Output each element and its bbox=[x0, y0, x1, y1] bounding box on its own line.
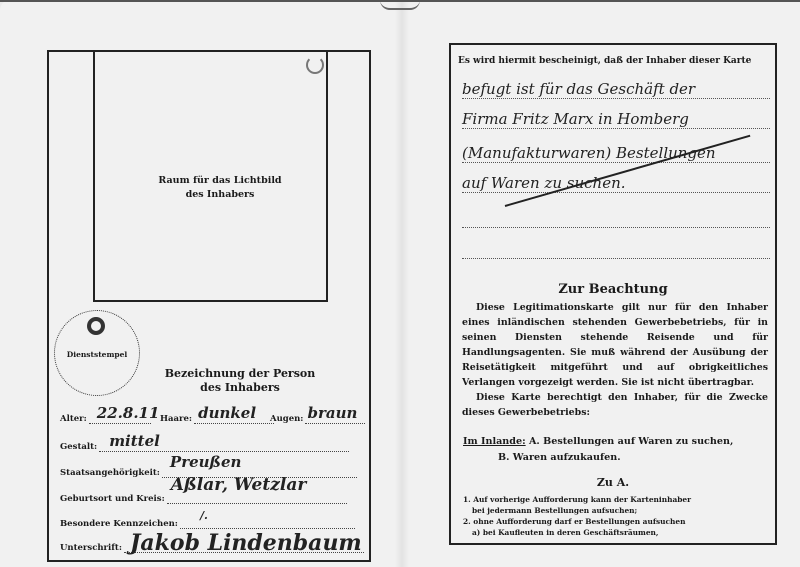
section-title-line-1: Bezeichnung der Person bbox=[135, 367, 345, 381]
unterschrift-line: Jakob Lindenbaum bbox=[124, 542, 364, 553]
notice-paragraph-2: Diese Karte berechtigt den Inhaber, für … bbox=[462, 390, 768, 420]
field-kennzeichen: Besondere Kennzeichen: /. bbox=[60, 513, 355, 529]
kennzeichen-label: Besondere Kennzeichen: bbox=[60, 519, 178, 529]
photo-caption: Raum für das Lichtbild des Inhabers bbox=[140, 174, 300, 202]
rule-1: 1. Auf vorherige Aufforderung kann der K… bbox=[463, 494, 773, 505]
signature: Jakob Lindenbaum bbox=[130, 530, 362, 556]
cert-line-1: befugt ist für das Geschäft der bbox=[462, 76, 770, 99]
notice-title: Zur Beachtung bbox=[449, 282, 777, 297]
field-geburtsort: Geburtsort und Kreis: Aßlar, Wetzlar bbox=[60, 488, 347, 504]
field-augen: Augen: braun bbox=[270, 408, 365, 424]
field-unterschrift: Unterschrift: Jakob Lindenbaum bbox=[60, 537, 364, 553]
eyelet-icon bbox=[87, 317, 105, 335]
official-stamp-area: Dienststempel bbox=[54, 310, 140, 396]
center-fold bbox=[395, 0, 409, 567]
inland-a: A. Bestellungen auf Waren zu suchen, bbox=[529, 436, 733, 447]
gestalt-value: mittel bbox=[109, 432, 160, 450]
notice-body: Diese Legitimationskarte gilt nur für de… bbox=[462, 300, 768, 420]
photo-caption-line-2: des Inhabers bbox=[140, 188, 300, 202]
gestalt-label: Gestalt: bbox=[60, 442, 97, 452]
alter-line: 22.8.11 bbox=[89, 413, 151, 424]
punch-hole-icon bbox=[306, 56, 324, 74]
rules-list: 1. Auf vorherige Aufforderung kann der K… bbox=[463, 494, 773, 538]
person-section-title: Bezeichnung der Person des Inhabers bbox=[135, 367, 345, 395]
field-haare: Haare: dunkel bbox=[160, 408, 274, 424]
field-gestalt: Gestalt: mittel bbox=[60, 436, 349, 452]
cert-line-3-text: (Manufakturwaren) Bestellungen bbox=[462, 144, 716, 162]
notice-paragraph-1: Diese Legitimationskarte gilt nur für de… bbox=[462, 300, 768, 390]
rule-1-cont: bei jedermann Bestellungen aufsuchen; bbox=[463, 505, 773, 516]
cert-line-1-text: befugt ist für das Geschäft der bbox=[462, 80, 695, 98]
geburtsort-label: Geburtsort und Kreis: bbox=[60, 494, 165, 504]
alter-value: 22.8.11 bbox=[97, 404, 160, 422]
rule-2a: a) bei Kaufleuten in deren Geschäftsräum… bbox=[463, 527, 773, 538]
certificate-intro: Es wird hiermit bescheinigt, daß der Inh… bbox=[458, 56, 776, 66]
zu-a-title: Zu A. bbox=[449, 476, 777, 489]
stamp-label: Dienststempel bbox=[55, 350, 139, 359]
inland-b: B. Waren aufzukaufen. bbox=[498, 452, 621, 463]
inland-permissions: Im Inlande: A. Bestellungen auf Waren zu… bbox=[463, 434, 733, 450]
cert-line-2-text: Firma Fritz Marx in Homberg bbox=[462, 110, 689, 128]
inland-label: Im Inlande: bbox=[463, 436, 526, 447]
photo-caption-line-1: Raum für das Lichtbild bbox=[140, 174, 300, 188]
augen-line: braun bbox=[305, 413, 365, 424]
gestalt-line: mittel bbox=[99, 441, 349, 452]
unterschrift-label: Unterschrift: bbox=[60, 543, 122, 553]
augen-value: braun bbox=[307, 404, 357, 422]
cert-line-6 bbox=[462, 236, 770, 259]
staatsangehoerigkeit-value: Preußen bbox=[170, 453, 241, 471]
haare-label: Haare: bbox=[160, 414, 192, 424]
geburtsort-value: Aßlar, Wetzlar bbox=[171, 475, 307, 495]
cert-line-5 bbox=[462, 205, 770, 228]
haare-line: dunkel bbox=[194, 413, 274, 424]
kennzeichen-line: /. bbox=[180, 518, 355, 529]
rule-2: 2. ohne Aufforderung darf er Bestellunge… bbox=[463, 516, 773, 527]
haare-value: dunkel bbox=[198, 404, 256, 422]
cert-line-2: Firma Fritz Marx in Homberg bbox=[462, 106, 770, 129]
kennzeichen-value: /. bbox=[200, 509, 208, 522]
field-alter: Alter: 22.8.11 bbox=[60, 408, 151, 424]
alter-label: Alter: bbox=[60, 414, 87, 424]
augen-label: Augen: bbox=[270, 414, 303, 424]
fold-notch bbox=[380, 0, 420, 10]
geburtsort-line: Aßlar, Wetzlar bbox=[167, 493, 347, 504]
staatsangehoerigkeit-label: Staatsangehörigkeit: bbox=[60, 468, 160, 478]
section-title-line-2: des Inhabers bbox=[135, 381, 345, 395]
